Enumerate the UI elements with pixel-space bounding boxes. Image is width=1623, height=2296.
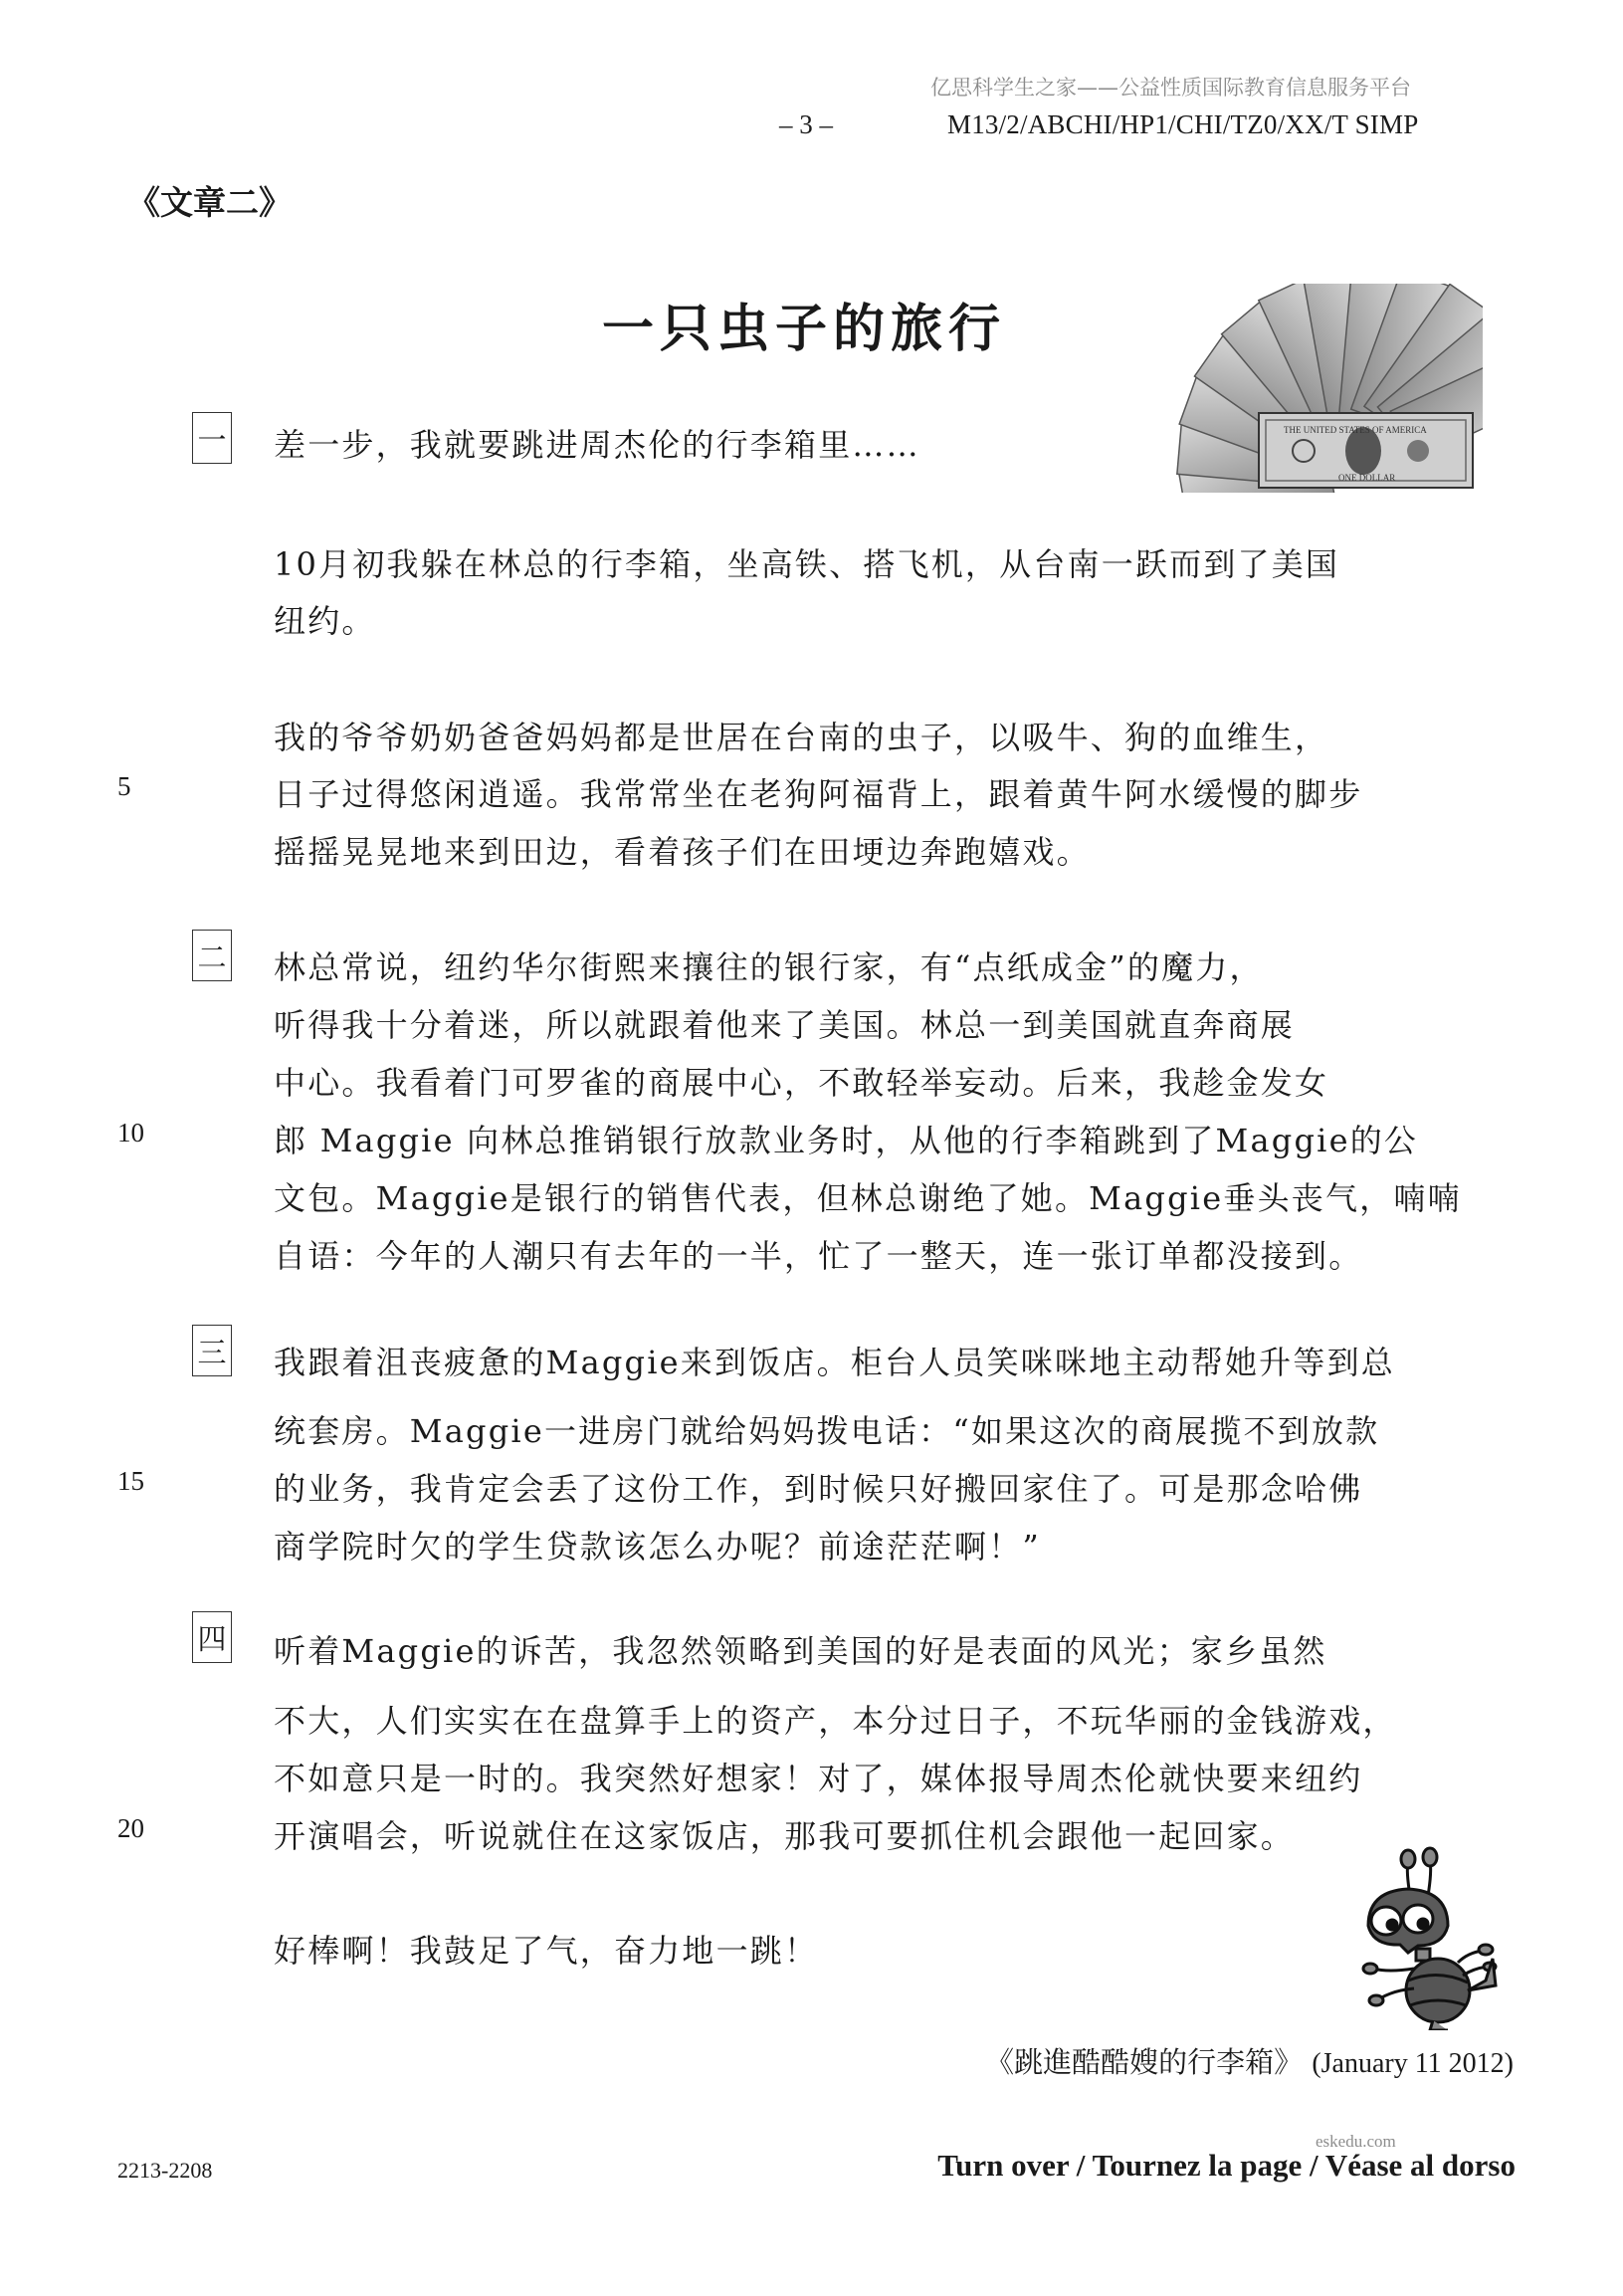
bug-icon — [1348, 1841, 1498, 2030]
header-watermark: 亿思科学生之家——公益性质国际教育信息服务平台 — [930, 72, 1411, 102]
paragraph-2-line: 中心。我看着门可罗雀的商展中心，不敢轻举妄动。后来，我趁金发女 — [274, 1058, 1328, 1104]
source-date: (January 11 2012) — [1312, 2048, 1514, 2079]
paragraph-2-line: 郎 Maggie 向林总推销银行放款业务时，从他的行李箱跳到了Maggie的公 — [274, 1116, 1418, 1161]
section-label: 《文章二》 — [127, 177, 292, 224]
paragraph-1-line: 差一步，我就要跳进周杰伦的行李箱里…… — [274, 420, 920, 466]
closing-line: 好棒啊！我鼓足了气，奋力地一跳！ — [274, 1926, 818, 1972]
paragraph-4-line: 不大，人们实实在在盘算手上的资产，本分过日子，不玩华丽的金钱游戏， — [274, 1696, 1397, 1742]
paragraph-4-line: 不如意只是一时的。我突然好想家！对了，媒体报导周杰伦就快要来纽约 — [274, 1754, 1362, 1799]
line-number: 15 — [117, 1466, 144, 1497]
line-number: 5 — [117, 771, 131, 802]
source-title: 《跳進酷酷嫂的行李箱》 — [985, 2045, 1303, 2079]
paragraph-1c-line: 日子过得悠闲逍遥。我常常坐在老狗阿福背上，跟着黄牛阿水缓慢的脚步 — [274, 769, 1362, 815]
article-title: 一只虫子的旅行 — [602, 287, 1006, 361]
footer-code: 2213-2208 — [117, 2158, 212, 2184]
paragraph-3-line: 我跟着沮丧疲惫的Maggie来到饭店。柜台人员笑咪咪地主动帮她升等到总 — [274, 1338, 1395, 1383]
svg-text:ONE DOLLAR: ONE DOLLAR — [1338, 473, 1395, 483]
dollar-bills-icon: THE UNITED STATES OF AMERICA ONE DOLLAR — [1164, 284, 1483, 493]
line-number: 10 — [117, 1118, 144, 1148]
paragraph-4-line: 听着Maggie的诉苦，我忽然领略到美国的好是表面的风光；家乡虽然 — [274, 1626, 1327, 1672]
money-illustration: THE UNITED STATES OF AMERICA ONE DOLLAR — [1164, 284, 1483, 493]
paragraph-1c-line: 我的爷爷奶奶爸爸妈妈都是世居在台南的虫子，以吸牛、狗的血维生， — [274, 713, 1328, 758]
paragraph-1b-line: 纽约。 — [274, 596, 376, 642]
paragraph-2-line: 文包。Maggie是银行的销售代表，但林总谢绝了她。Maggie垂头丧气，喃喃 — [274, 1173, 1462, 1219]
paragraph-2-line: 听得我十分着迷，所以就跟着他来了美国。林总一到美国就直奔商展 — [274, 1000, 1295, 1046]
turn-over-label: Turn over / Tournez la page / Véase al d… — [937, 2148, 1516, 2184]
paragraph-3-line: 统套房。Maggie一进房门就给妈妈拨电话：“如果这次的商展揽不到放款 — [274, 1406, 1379, 1452]
paragraph-2-line: 林总常说，纽约华尔街熙来攘往的银行家，有“点纸成金”的魔力， — [274, 942, 1264, 988]
paragraph-1b-line: 10月初我躲在林总的行李箱，坐高铁、搭飞机，从台南一跃而到了美国 — [274, 539, 1339, 585]
paragraph-4-line: 开演唱会，听说就住在这家饭店，那我可要抓住机会跟他一起回家。 — [274, 1811, 1295, 1857]
paragraph-marker: 二 — [192, 930, 232, 981]
paragraph-3-line: 的业务，我肯定会丢了这份工作，到时候只好搬回家住了。可是那念哈佛 — [274, 1464, 1362, 1510]
source-citation: 《跳進酷酷嫂的行李箱》 (January 11 2012) — [985, 2040, 1514, 2081]
svg-text:THE UNITED STATES OF AMERICA: THE UNITED STATES OF AMERICA — [1284, 425, 1427, 435]
bug-illustration — [1348, 1841, 1498, 2030]
paragraph-marker: 四 — [192, 1611, 232, 1663]
exam-code: M13/2/ABCHI/HP1/CHI/TZ0/XX/T SIMP — [947, 109, 1418, 140]
paragraph-marker: 一 — [192, 412, 232, 464]
paragraph-3-line: 商学院时欠的学生贷款该怎么办呢？前途茫茫啊！” — [274, 1522, 1041, 1567]
paragraph-marker: 三 — [192, 1325, 232, 1376]
page-number: – 3 – — [779, 109, 833, 140]
paragraph-2-line: 自语：今年的人潮只有去年的一半，忙了一整天，连一张订单都没接到。 — [274, 1231, 1362, 1277]
line-number: 20 — [117, 1813, 144, 1844]
paragraph-1c-line: 摇摇晃晃地来到田边，看着孩子们在田埂边奔跑嬉戏。 — [274, 827, 1091, 873]
